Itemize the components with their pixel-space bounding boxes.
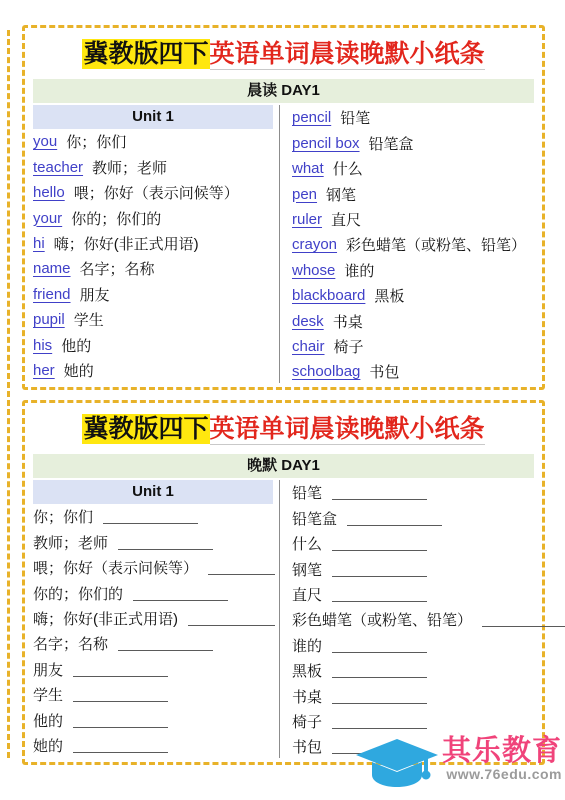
english-word: his [33,337,52,354]
answer-blank-line [482,612,565,627]
word-row: pupil学生 [33,307,275,332]
dictation-row: 铅笔 [292,480,565,505]
site-watermark: 其乐教育 www.76edu.com [354,736,562,794]
morning-columns: Unit 1 you你；你们 teacher教师；老师 hello喂；你好（表示… [33,105,534,383]
dictation-row: 彩色蜡笔（或粉笔、铅笔） [292,607,565,632]
evening-dictation-card: 冀教版四下英语单词晨读晚默小纸条 晚默 DAY1 Unit 1 你；你们 教师；… [22,400,545,765]
chinese-prompt: 书包 [292,736,322,757]
dictation-row: 名字；名称 [33,631,275,656]
english-word: you [33,133,57,150]
chinese-meaning: 谁的 [344,260,374,281]
word-row: hi嗨；你好(非正式用语) [33,231,275,256]
english-word: her [33,362,55,379]
answer-blank-line [133,586,228,601]
dictation-row: 嗨；你好(非正式用语) [33,606,275,631]
answer-blank-line [332,663,427,678]
english-word: desk [292,313,324,330]
english-word: name [33,260,71,277]
english-word: whose [292,262,335,279]
answer-blank-line [73,738,168,753]
word-row: pencil铅笔 [292,105,534,130]
answer-blank-line [118,535,213,550]
chinese-meaning: 名字；名称 [80,258,155,279]
morning-left-column: Unit 1 you你；你们 teacher教师；老师 hello喂；你好（表示… [33,105,280,383]
chinese-prompt: 朋友 [33,659,63,680]
chinese-meaning: 直尺 [331,209,361,230]
adjacent-card-border [7,30,10,758]
chinese-prompt: 铅笔 [292,482,322,503]
morning-right-column: pencil铅笔 pencil box铅笔盒 what什么 pen钢笔 rule… [280,105,534,383]
dictation-row: 黑板 [292,658,565,683]
chinese-meaning: 学生 [74,309,104,330]
card-title: 冀教版四下英语单词晨读晚默小纸条 [33,414,534,445]
chinese-prompt: 学生 [33,684,63,705]
evening-right-column: 铅笔 铅笔盒 什么 钢笔 直尺 彩色蜡笔（或粉笔、铅笔） 谁的 黑板 书桌 椅子… [280,480,565,758]
chinese-meaning: 他的 [61,335,91,356]
word-row: what什么 [292,156,534,181]
card-title: 冀教版四下英语单词晨读晚默小纸条 [33,39,534,70]
english-word: schoolbag [292,363,360,380]
chinese-prompt: 铅笔盒 [292,508,337,529]
chinese-prompt: 黑板 [292,660,322,681]
english-word: teacher [33,159,83,176]
chinese-prompt: 嗨；你好(非正式用语) [33,608,178,629]
english-word: friend [33,286,71,303]
word-row: pen钢笔 [292,181,534,206]
title-main-text: 英语单词晨读晚默小纸条 [210,415,485,445]
english-word: what [292,160,324,177]
title-main-text: 英语单词晨读晚默小纸条 [210,40,485,70]
answer-blank-line [103,509,198,524]
graduation-cap-icon [354,738,440,794]
chinese-meaning: 喂；你好（表示问候等） [74,182,239,203]
answer-blank-line [73,662,168,677]
word-row: his他的 [33,332,275,357]
answer-blank-line [332,485,427,500]
evening-day-band: 晚默 DAY1 [33,454,534,478]
word-row: pencil box铅笔盒 [292,131,534,156]
dictation-row: 朋友 [33,657,275,682]
word-row: crayon彩色蜡笔（或粉笔、铅笔） [292,232,534,257]
answer-blank-line [118,636,213,651]
chinese-prompt: 她的 [33,735,63,756]
dictation-row: 铅笔盒 [292,506,565,531]
chinese-prompt: 你；你们 [33,506,93,527]
chinese-prompt: 什么 [292,533,322,554]
answer-blank-line [332,562,427,577]
english-word: pencil [292,109,331,126]
word-row: chair椅子 [292,334,534,359]
watermark-brand: 其乐教育 [442,736,562,766]
word-row: whose谁的 [292,258,534,283]
chinese-prompt: 教师；老师 [33,532,108,553]
english-word: ruler [292,211,322,228]
word-row: friend朋友 [33,282,275,307]
dictation-row: 钢笔 [292,556,565,581]
chinese-prompt: 钢笔 [292,559,322,580]
answer-blank-line [332,689,427,704]
chinese-prompt: 他的 [33,710,63,731]
word-row: ruler直尺 [292,207,534,232]
dictation-row: 学生 [33,682,275,707]
chinese-meaning: 书包 [369,361,399,382]
worksheet-page: 冀教版四下英语单词晨读晚默小纸条 晨读 DAY1 Unit 1 you你；你们 … [0,0,565,800]
dictation-row: 谁的 [292,633,565,658]
chinese-meaning: 黑板 [374,285,404,306]
watermark-text: 其乐教育 www.76edu.com [442,736,562,782]
chinese-meaning: 铅笔 [340,107,370,128]
word-row: desk书桌 [292,308,534,333]
word-row: blackboard黑板 [292,283,534,308]
answer-blank-line [332,714,427,729]
watermark-url: www.76edu.com [446,766,562,782]
chinese-prompt: 名字；名称 [33,633,108,654]
dictation-row: 椅子 [292,709,565,734]
dictation-row: 你；你们 [33,504,275,529]
answer-blank-line [332,536,427,551]
dictation-row: 直尺 [292,582,565,607]
title-edition-highlight: 冀教版四下 [82,414,209,444]
answer-blank-line [208,560,275,575]
chinese-meaning: 你；你们 [66,131,126,152]
dictation-row: 她的 [33,733,275,758]
english-word: crayon [292,236,337,253]
english-word: blackboard [292,287,365,304]
word-row: teacher教师；老师 [33,155,275,180]
english-word: hi [33,235,45,252]
word-row: hello喂；你好（表示问候等） [33,180,275,205]
morning-day-band: 晨读 DAY1 [33,79,534,103]
chinese-meaning: 什么 [333,158,363,179]
dictation-row: 书桌 [292,683,565,708]
answer-blank-line [73,713,168,728]
chinese-meaning: 教师；老师 [92,157,167,178]
morning-reading-card: 冀教版四下英语单词晨读晚默小纸条 晨读 DAY1 Unit 1 you你；你们 … [22,25,545,390]
unit-header: Unit 1 [33,105,273,129]
english-word: hello [33,184,65,201]
dictation-row: 他的 [33,707,275,732]
chinese-prompt: 彩色蜡笔（或粉笔、铅笔） [292,609,472,630]
chinese-meaning: 钢笔 [326,184,356,205]
dictation-row: 喂；你好（表示问候等） [33,555,275,580]
chinese-meaning: 椅子 [334,336,364,357]
chinese-prompt: 书桌 [292,686,322,707]
dictation-row: 你的；你们的 [33,580,275,605]
dictation-row: 教师；老师 [33,530,275,555]
chinese-prompt: 你的；你们的 [33,583,123,604]
chinese-meaning: 她的 [64,360,94,381]
english-word: pen [292,186,317,203]
word-row: schoolbag书包 [292,359,534,384]
chinese-prompt: 椅子 [292,711,322,732]
english-word: pupil [33,311,65,328]
word-row: you你；你们 [33,129,275,154]
answer-blank-line [332,587,427,602]
answer-blank-line [332,638,427,653]
title-edition-highlight: 冀教版四下 [82,39,209,69]
word-row: her她的 [33,358,275,383]
chinese-prompt: 谁的 [292,635,322,656]
chinese-meaning: 书桌 [333,311,363,332]
word-row: your你的；你们的 [33,205,275,230]
chinese-meaning: 嗨；你好(非正式用语) [54,233,199,254]
evening-left-column: Unit 1 你；你们 教师；老师 喂；你好（表示问候等） 你的；你们的 嗨；你… [33,480,280,758]
english-word: chair [292,338,325,355]
chinese-prompt: 直尺 [292,584,322,605]
evening-columns: Unit 1 你；你们 教师；老师 喂；你好（表示问候等） 你的；你们的 嗨；你… [33,480,534,758]
dictation-row: 什么 [292,531,565,556]
answer-blank-line [347,511,442,526]
chinese-meaning: 铅笔盒 [369,133,414,154]
chinese-meaning: 朋友 [80,284,110,305]
answer-blank-line [188,611,275,626]
english-word: pencil box [292,135,360,152]
english-word: your [33,210,62,227]
answer-blank-line [73,687,168,702]
unit-header: Unit 1 [33,480,273,504]
chinese-meaning: 彩色蜡笔（或粉笔、铅笔） [346,234,526,255]
chinese-meaning: 你的；你们的 [71,208,161,229]
chinese-prompt: 喂；你好（表示问候等） [33,557,198,578]
word-row: name名字；名称 [33,256,275,281]
